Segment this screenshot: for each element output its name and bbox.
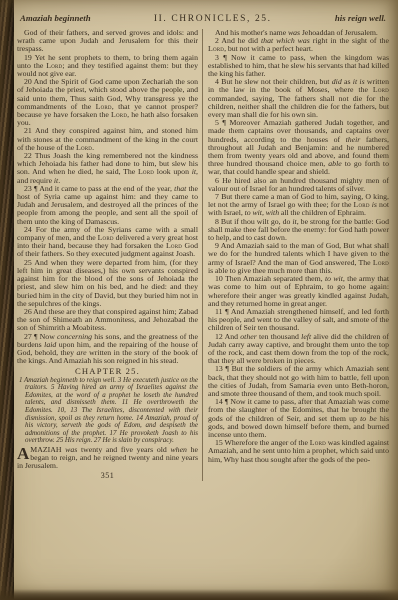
verse: 24 For the army of the Syrians came with…: [17, 226, 198, 259]
verse: 23 ¶ And it came to pass at the end of t…: [17, 185, 198, 226]
verse: 27 ¶ Now concerning his sons, and the gr…: [17, 333, 198, 366]
chapter-summary: 1 Amaziah beginneth to reign well. 3 He …: [17, 377, 198, 445]
left-column: God of their fathers, and served groves …: [17, 29, 203, 481]
verse: 9 And Amaziah said to the man of God, Bu…: [208, 242, 389, 275]
verse: 21 And they conspired against him, and s…: [17, 127, 198, 152]
verse: 19 Yet he sent prophets to them, to brin…: [17, 54, 198, 79]
verse: 10 Then Amaziah separated them, to wit, …: [208, 275, 389, 308]
verse: 15 Wherefore the anger of the Lord was k…: [208, 439, 389, 464]
verse: 3 ¶ Now it came to pass, when the kingdo…: [208, 54, 389, 79]
text-columns: God of their fathers, and served groves …: [17, 29, 389, 481]
verse: God of their fathers, and served groves …: [17, 29, 198, 54]
right-column-verses: And his mother's name was Jehoaddan of J…: [208, 29, 389, 464]
running-head-right: his reign well.: [335, 13, 386, 23]
verse: 13 ¶ But the soldiers of the army which …: [208, 365, 389, 398]
verse: 5 ¶ Moreover Amaziah gathered Judah toge…: [208, 119, 389, 176]
verse: 4 But he slew not their children, but di…: [208, 78, 389, 119]
verse: 12 And other ten thousand left alive did…: [208, 333, 389, 366]
verse: 6 He hired also an hundred thousand migh…: [208, 177, 389, 193]
verse: 7 But there came a man of God to him, sa…: [208, 193, 389, 218]
drop-cap-initial: A: [17, 446, 30, 461]
verse: 22 Thus Joash the king remembered not th…: [17, 152, 198, 185]
verse: 11 ¶ And Amaziah strengthened himself, a…: [208, 308, 389, 333]
verse: 8 But if thou wilt go, do it, be strong …: [208, 218, 389, 243]
page-bottom-shadow: [0, 589, 398, 600]
right-column: And his mother's name was Jehoaddan of J…: [203, 29, 389, 481]
scanned-bible-page: Amaziah beginneth II. CHRONICLES, 25. hi…: [0, 0, 398, 600]
verse: 20 And the Spirit of God came upon Zecha…: [17, 78, 198, 127]
verse: 26 And these are they that conspired aga…: [17, 308, 198, 333]
verse: 25 And when they were departed from him,…: [17, 259, 198, 308]
page-number: 351: [17, 472, 198, 480]
left-column-verses: God of their fathers, and served groves …: [17, 29, 198, 365]
page-content: Amaziah beginneth II. CHRONICLES, 25. hi…: [17, 13, 389, 592]
book-chapter-title: II. CHRONICLES, 25.: [154, 14, 272, 24]
verse-1-dropcap-paragraph: AMAZIAH was twenty and five years old wh…: [17, 446, 198, 471]
verse-1-text: MAZIAH was twenty and five years old whe…: [17, 445, 198, 470]
verse: 2 And he did that which was right in the…: [208, 37, 389, 53]
chapter-heading: CHAPTER 25.: [17, 367, 198, 375]
running-head: Amaziah beginneth II. CHRONICLES, 25. hi…: [20, 13, 386, 24]
book-binding-edge: [0, 0, 14, 600]
verse: 14 ¶ Now it came to pass, after that Ama…: [208, 398, 389, 439]
running-head-left: Amaziah beginneth: [20, 13, 91, 23]
